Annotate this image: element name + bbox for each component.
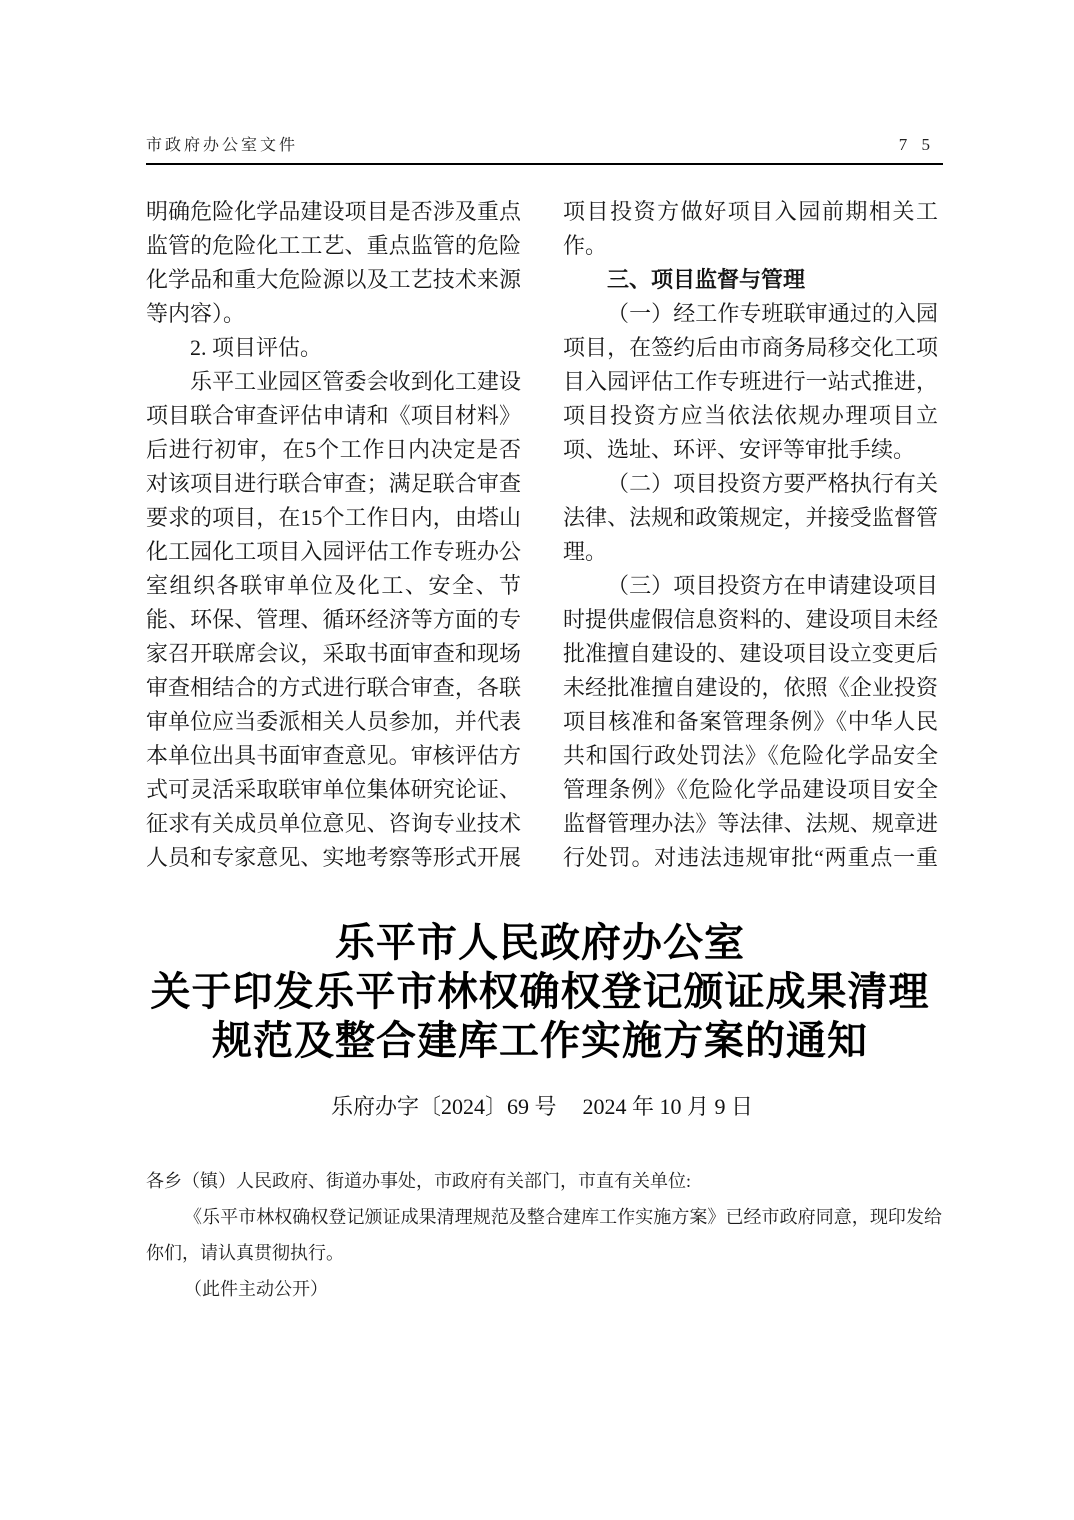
document-title-line: 规范及整合建库工作实施方案的通知: [110, 1016, 970, 1065]
body-paragraph: 乐平工业园区管委会收到化工建设项目联合审查评估申请和《项目材料》后进行初审，在5…: [146, 365, 521, 879]
two-column-body: 明确危险化学品建设项目是否涉及重点监管的危险化工工艺、重点监管的危险化学品和重大…: [146, 195, 938, 879]
header-doc-label: 市政府办公室文件: [146, 132, 298, 155]
body-paragraph: （三）项目投资方在申请建设项目时提供虚假信息资料的、建设项目未经批准擅自建设的、…: [563, 569, 938, 879]
document-date: 2024 年 10 月 9 日: [583, 1094, 754, 1119]
notice-section: 各乡（镇）人民政府、街道办事处，市政府有关部门，市直有关单位:《乐平市林权确权登…: [146, 1163, 942, 1307]
body-paragraph: 各乡（镇）人民政府、街道办事处，市政府有关部门，市直有关单位:: [146, 1163, 942, 1199]
document-title-line: 关于印发乐平市林权确权登记颁证成果清理: [110, 967, 970, 1016]
document-title-line: 乐平市人民政府办公室: [110, 918, 970, 967]
header-page-number: 7 5: [899, 135, 943, 155]
header-rule: [146, 163, 943, 165]
body-paragraph: （二）项目投资方要严格执行有关法律、法规和政策规定，并接受监督管理。: [563, 467, 938, 569]
page-header: 市政府办公室文件 7 5: [146, 132, 943, 155]
body-paragraph: 2. 项目评估。: [146, 331, 521, 365]
document-number-line: 乐府办字〔2024〕69 号2024 年 10 月 9 日: [146, 1092, 938, 1122]
body-paragraph: （一）经工作专班联审通过的入园项目，在签约后由市商务局移交化工项目入园评估工作专…: [563, 297, 938, 467]
document-number: 乐府办字〔2024〕69 号: [331, 1094, 557, 1119]
right-column: 项目投资方做好项目入园前期相关工作。三、项目监督与管理（一）经工作专班联审通过的…: [563, 195, 938, 879]
body-paragraph: 项目投资方做好项目入园前期相关工作。: [563, 195, 938, 263]
body-paragraph: （此件主动公开）: [146, 1271, 942, 1307]
left-column: 明确危险化学品建设项目是否涉及重点监管的危险化工工艺、重点监管的危险化学品和重大…: [146, 195, 521, 879]
body-paragraph: 《乐平市林权确权登记颁证成果清理规范及整合建库工作实施方案》已经市政府同意，现印…: [146, 1199, 942, 1271]
document-page: 市政府办公室文件 7 5 明确危险化学品建设项目是否涉及重点监管的危险化工工艺、…: [0, 0, 1074, 1520]
section-heading: 三、项目监督与管理: [563, 263, 938, 297]
document-title: 乐平市人民政府办公室关于印发乐平市林权确权登记颁证成果清理规范及整合建库工作实施…: [110, 918, 970, 1065]
body-paragraph: 明确危险化学品建设项目是否涉及重点监管的危险化工工艺、重点监管的危险化学品和重大…: [146, 195, 521, 331]
